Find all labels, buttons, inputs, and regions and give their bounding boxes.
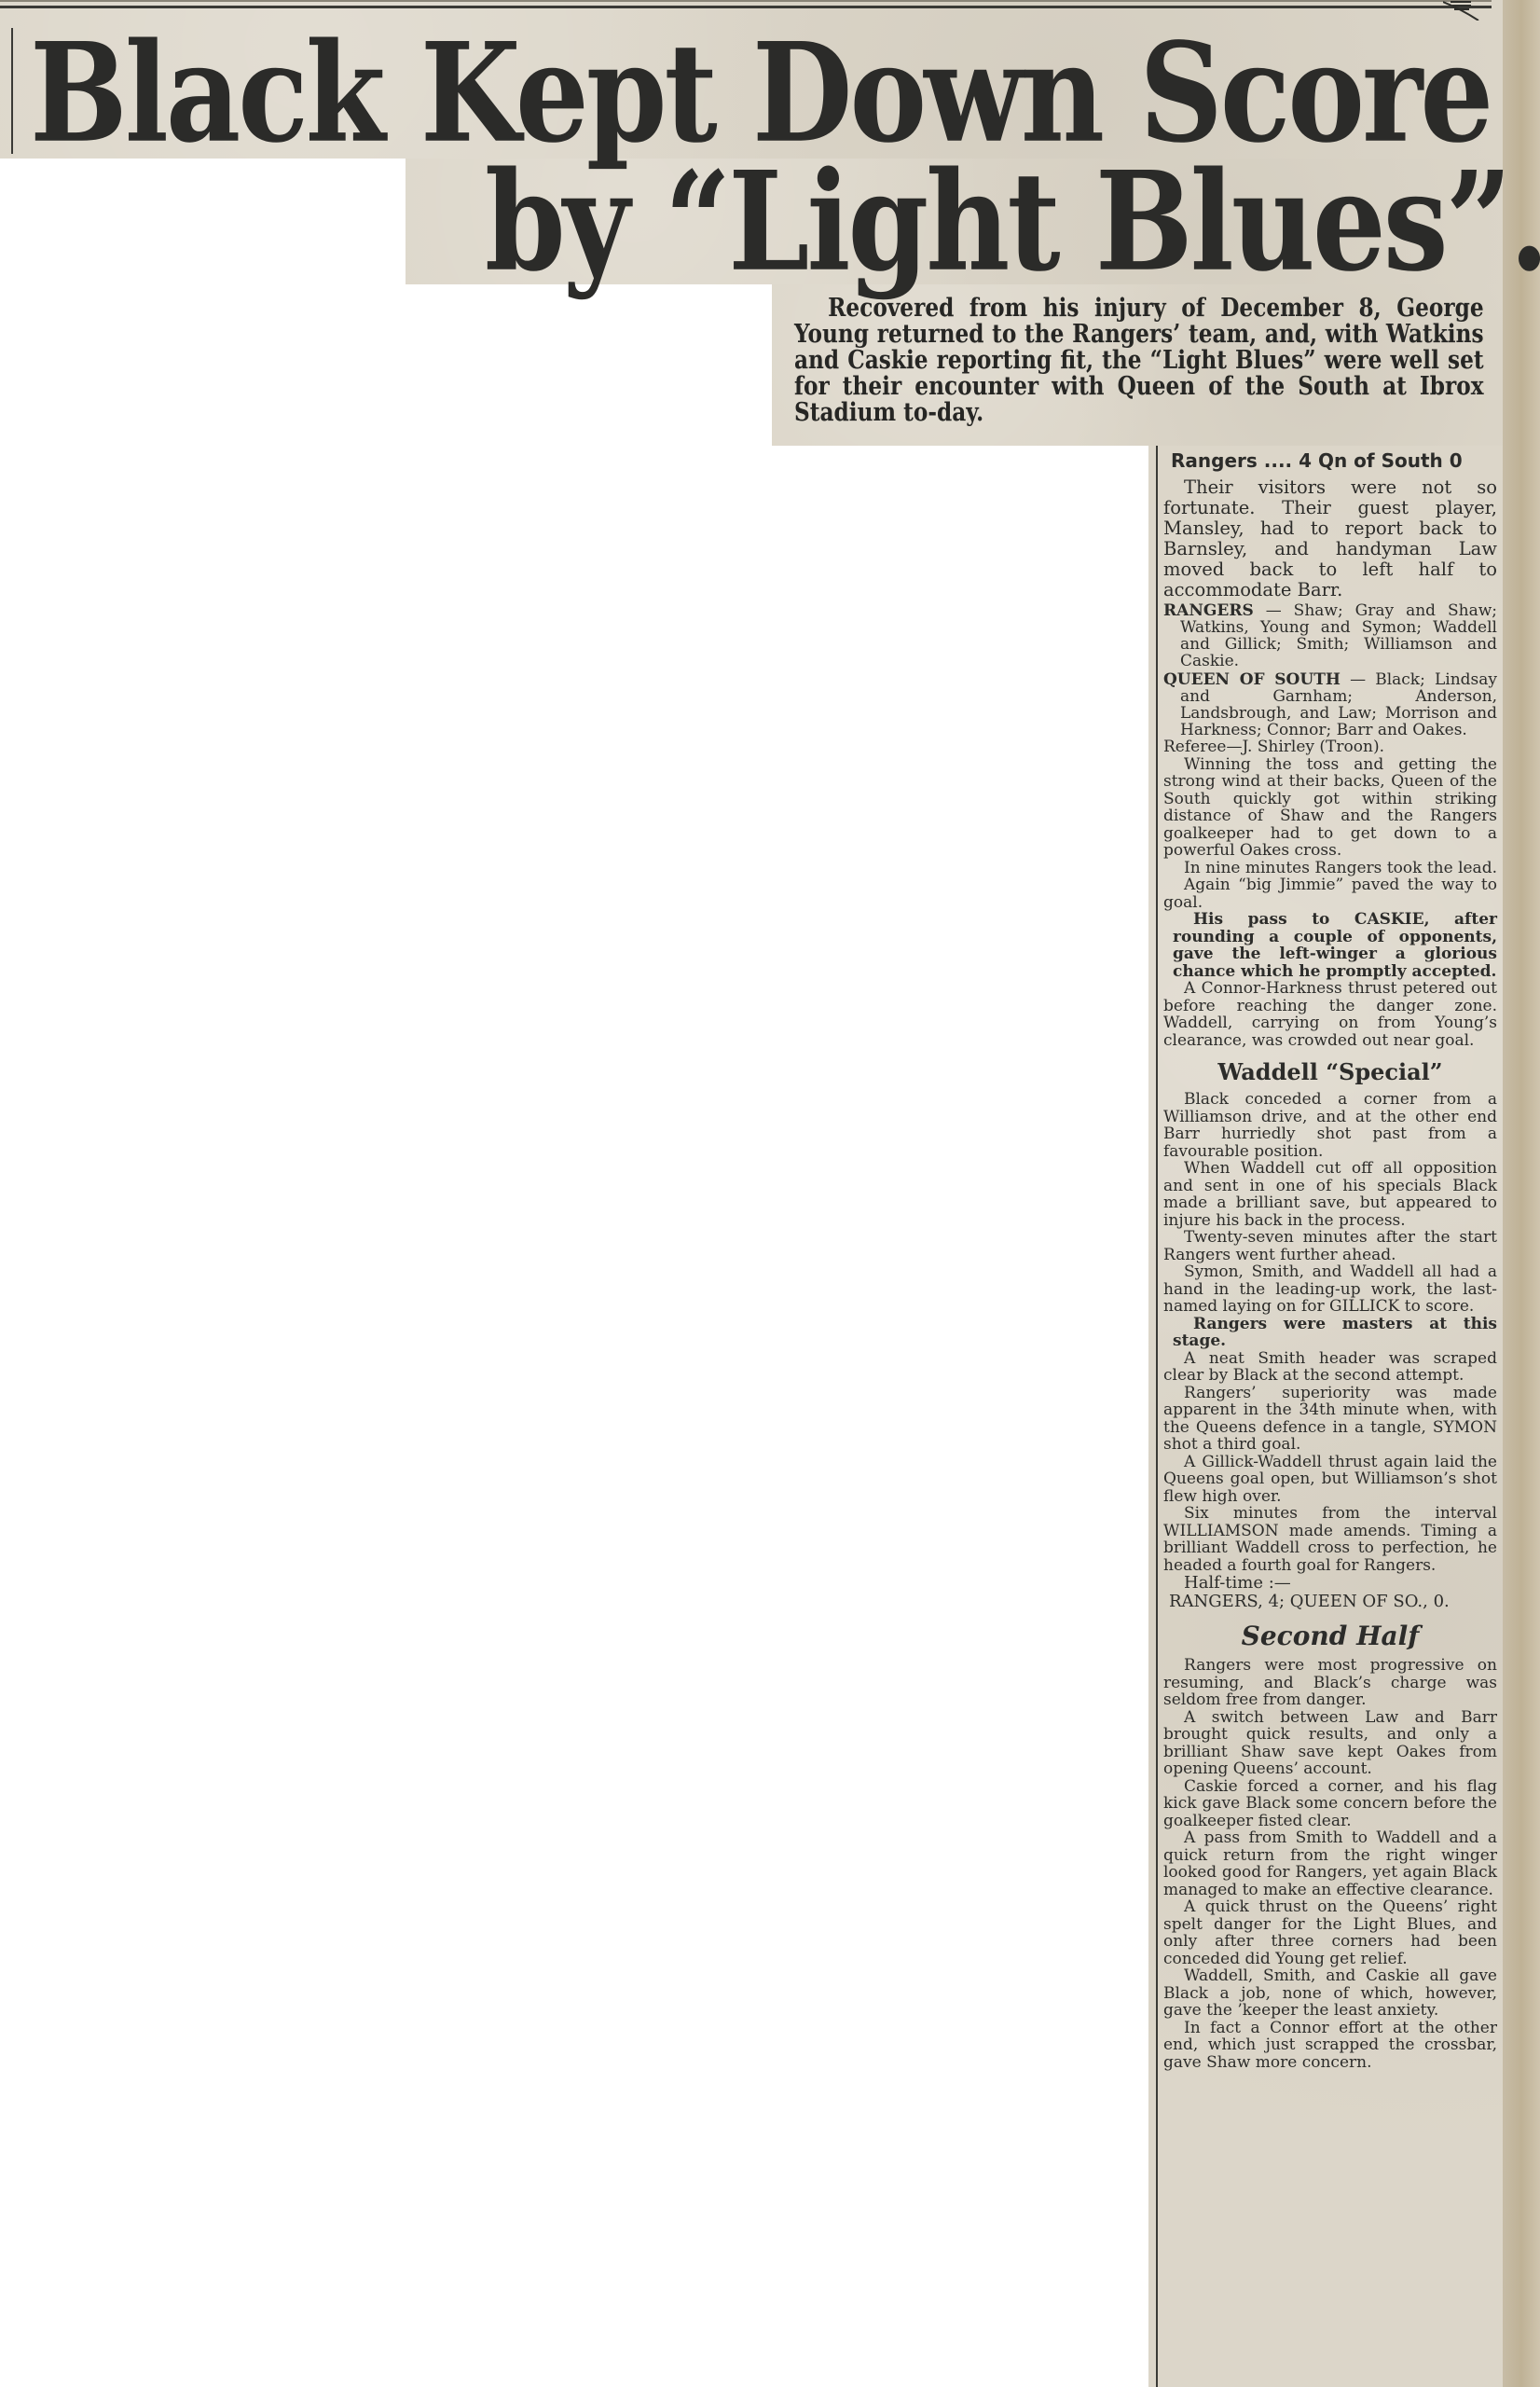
paragraph: Twenty-seven minutes after the start Ran… bbox=[1163, 1229, 1497, 1263]
paragraph: Waddell, Smith, and Caskie all gave Blac… bbox=[1163, 1967, 1497, 2020]
paragraph: Rangers’ superiority was made apparent i… bbox=[1163, 1385, 1497, 1454]
bold-paragraph: His pass to CASKIE, after rounding a cou… bbox=[1163, 911, 1497, 980]
top-rule bbox=[0, 6, 1492, 8]
paragraph: Six minutes from the interval WILLIAMSON… bbox=[1163, 1505, 1497, 1574]
paragraph: A neat Smith header was scraped clear by… bbox=[1163, 1350, 1497, 1385]
page-edge-curl bbox=[1503, 0, 1540, 2387]
paragraph: Rangers were most progressive on resumin… bbox=[1163, 1657, 1497, 1709]
paragraph: A quick thrust on the Queens’ right spel… bbox=[1163, 1898, 1497, 1967]
paragraph: In nine minutes Rangers took the lead. bbox=[1163, 860, 1497, 877]
paragraph: A Gillick-Waddell thrust again laid the … bbox=[1163, 1454, 1497, 1506]
lineup-rangers: RANGERS — Shaw; Gray and Shaw; Watkins, … bbox=[1163, 602, 1497, 669]
left-column-rule bbox=[11, 28, 13, 154]
paragraph: Winning the toss and getting the strong … bbox=[1163, 756, 1497, 860]
lineup-queens: QUEEN OF SOUTH — Black; Lindsay and Garn… bbox=[1163, 671, 1497, 738]
referee-line: Referee—J. Shirley (Troon). bbox=[1163, 738, 1497, 756]
bold-paragraph: Rangers were masters at this stage. bbox=[1163, 1316, 1497, 1350]
paragraph: Their visitors were not so fortunate. Th… bbox=[1163, 477, 1497, 600]
paragraph: A Connor-Harkness thrust petered out bef… bbox=[1163, 980, 1497, 1049]
paragraph: When Waddell cut off all opposition and … bbox=[1163, 1160, 1497, 1229]
paragraph: A pass from Smith to Waddell and a quick… bbox=[1163, 1829, 1497, 1898]
paragraph: Caskie forced a corner, and his flag kic… bbox=[1163, 1778, 1497, 1830]
paragraph: Symon, Smith, and Waddell all had a hand… bbox=[1163, 1263, 1497, 1316]
lineup-queens-label: QUEEN OF SOUTH bbox=[1163, 670, 1341, 689]
paragraph: Black conceded a corner from a Williamso… bbox=[1163, 1091, 1497, 1160]
column-rule bbox=[1156, 446, 1158, 2387]
halftime-label: Half-time :— bbox=[1163, 1574, 1497, 1593]
headline-line-2: by “Light Blues”. bbox=[485, 155, 1540, 291]
top-thin-rule bbox=[0, 0, 1492, 2]
paragraph: A switch between Law and Barr brought qu… bbox=[1163, 1709, 1497, 1778]
halftime-score: RANGERS, 4; QUEEN OF SO., 0. bbox=[1163, 1593, 1497, 1611]
article-column: Rangers .... 4 Qn of South 0 Their visit… bbox=[1163, 449, 1497, 2071]
subhead-waddell-special: Waddell “Special” bbox=[1163, 1058, 1497, 1085]
paragraph: In fact a Connor effort at the other end… bbox=[1163, 2020, 1497, 2072]
intro-paragraph: Recovered from his injury of December 8,… bbox=[794, 296, 1484, 426]
subhead-second-half: Second Half bbox=[1163, 1621, 1497, 1651]
paragraph: Again “big Jimmie” paved the way to goal… bbox=[1163, 876, 1497, 911]
result-line: Rangers .... 4 Qn of South 0 bbox=[1171, 449, 1497, 472]
lineup-rangers-label: RANGERS bbox=[1163, 601, 1254, 620]
